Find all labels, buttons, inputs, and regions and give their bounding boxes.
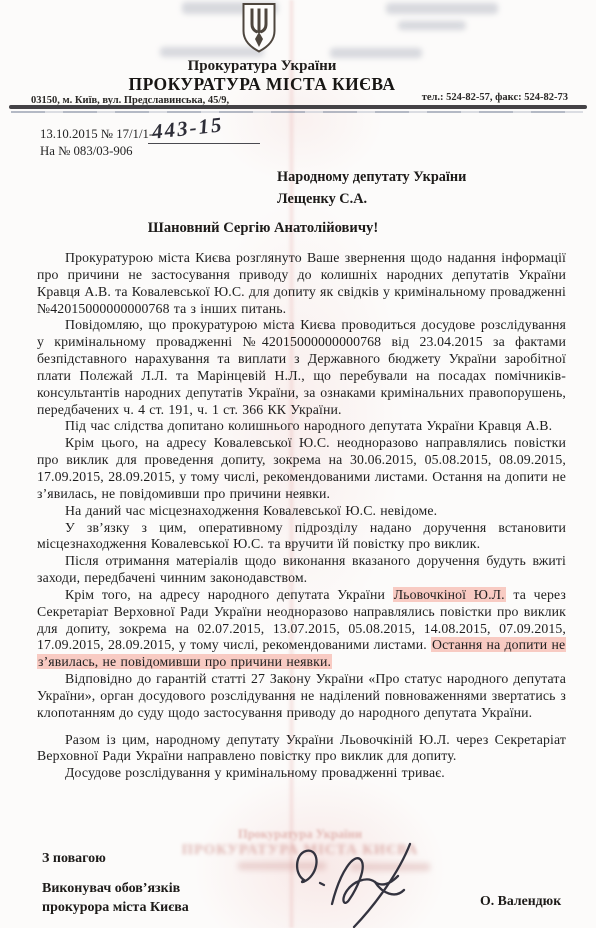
org-name-line1: Прокуратура України [188, 58, 337, 75]
signer-position-line1: Виконувач обов’язків [42, 880, 189, 899]
addressee-line1: Народному депутату України [277, 167, 466, 189]
body-paragraph: Повідомляю, що прокуратурою міста Києва … [37, 317, 566, 418]
salutation: Шановний Сергію Анатолійовичу! [148, 220, 378, 237]
letterhead-rule-secondary [11, 111, 583, 113]
bleed-through-smudge [330, 48, 422, 58]
body-paragraph: Досудове розслідування у кримінальному п… [37, 765, 566, 782]
signer-position-line2: прокурора міста Києва [42, 899, 189, 918]
body-paragraph: Відповідно до гарантій статті 27 Закону … [37, 671, 566, 722]
addressee-block: Народному депутату України Лещенку С.А. [277, 167, 466, 210]
highlighted-name: Льовочкіної Ю.Л. [393, 587, 506, 602]
scanned-letter: Прокуратура України ПРОКУРАТУРА МІСТА КИ… [0, 0, 596, 928]
body-paragraph: На даний час місцезнаходження Ковалевськ… [37, 503, 566, 520]
body-paragraph: У зв’язку з цим, оперативному підрозділу… [37, 520, 566, 554]
body-paragraph: Після отримання матеріалів щодо виконанн… [37, 553, 566, 587]
signer-name: О. Валендюк [480, 893, 561, 909]
body-paragraph: Прокуратурою міста Києва розглянуто Ваше… [37, 250, 566, 317]
body-paragraph: Разом із цим, народному депутату України… [37, 732, 566, 766]
ukraine-trident-emblem [240, 2, 278, 54]
bleed-through-smudge [398, 21, 466, 30]
handwritten-signature [268, 838, 448, 928]
addressee-line2: Лещенку С.А. [277, 189, 466, 211]
outgoing-number: 13.10.2015 № 17/1/1- [40, 127, 153, 142]
signer-position: Виконувач обов’язків прокурора міста Киє… [42, 880, 189, 917]
bleed-through-smudge [386, 3, 498, 14]
body-paragraph: Під час слідства допитано колишнього нар… [37, 418, 566, 435]
body-paragraph: Крім цього, на адресу Ковалевської Ю.С. … [37, 435, 566, 502]
letter-body: Прокуратурою міста Києва розглянуто Ваше… [37, 250, 566, 782]
org-name-line2: ПРОКУРАТУРА МІСТА КИЄВА [129, 74, 396, 95]
closing-regards: З повагою [42, 851, 106, 867]
org-phone-fax: тел.: 524-82-57, факс: 524-82-73 [422, 92, 568, 103]
handwritten-number: 443-15 [151, 112, 225, 144]
incoming-number: На № 083/03-906 [40, 144, 133, 159]
letterhead-rule [9, 105, 587, 109]
body-paragraph: Крім того, на адресу народного депутата … [37, 587, 566, 671]
